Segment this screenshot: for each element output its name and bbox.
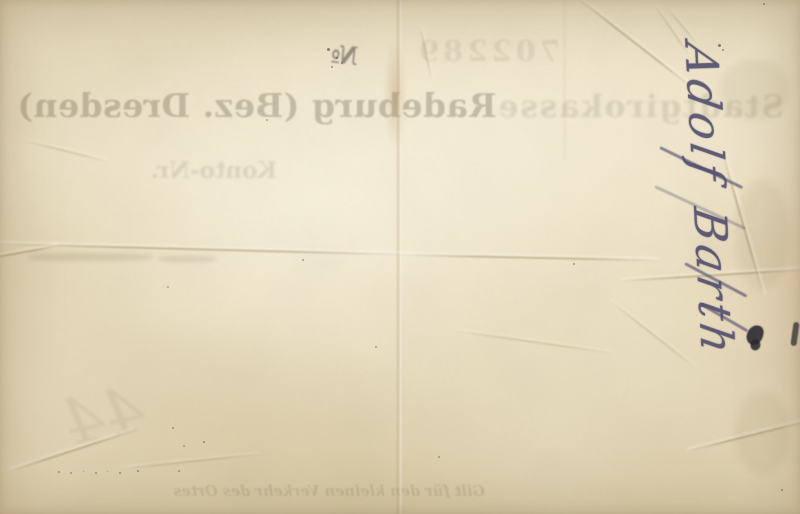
- crease-line: [455, 330, 614, 354]
- ink-speck: [70, 472, 72, 474]
- ink-speck: [438, 456, 440, 458]
- bleed-title-lead: Stadtgirokasse: [497, 89, 784, 125]
- ink-speck: [573, 263, 575, 265]
- ink-speck: [178, 470, 180, 472]
- ink-speck: [167, 286, 169, 288]
- ink-mark-edge: [790, 322, 799, 347]
- fold-stain: [384, 35, 406, 150]
- signature-word-2: Barth: [683, 204, 744, 361]
- notgeld-reverse-paper: 702289 № Stadtgirokasse Radeburg (Bez. D…: [0, 0, 800, 514]
- crease-vertical-faint: [563, 0, 566, 160]
- ink-speck: [183, 445, 185, 447]
- ink-speck: [336, 57, 338, 59]
- signature-word-1: Adolf: [675, 39, 736, 187]
- smudge-line: [158, 256, 216, 262]
- ink-speck: [341, 62, 343, 64]
- ink-speck: [302, 259, 304, 261]
- ink-speck: [331, 66, 333, 68]
- bleed-handwriting-ghost: 44: [9, 373, 158, 503]
- ink-speck: [763, 3, 765, 5]
- ink-speck: [203, 441, 205, 443]
- bleed-subtitle: Konto-Nr.: [112, 157, 277, 197]
- ink-speck: [83, 471, 84, 472]
- ink-speck: [119, 472, 121, 474]
- crease-line: [400, 254, 660, 261]
- serial-prefix-mark: №: [314, 38, 359, 74]
- crease-line: [667, 8, 697, 44]
- ink-speck: [718, 44, 721, 47]
- ink-speck: [95, 472, 97, 474]
- ink-speck: [137, 470, 139, 472]
- ink-speck: [172, 427, 174, 429]
- smudge-line: [28, 253, 153, 261]
- bleed-footer: Gilt für den kleinen Verkehr des Ortes: [183, 483, 475, 505]
- ink-speck: [781, 489, 783, 491]
- ink-speck: [266, 119, 268, 121]
- bleed-serial-number: 702289: [425, 34, 560, 72]
- ink-speck: [58, 471, 60, 473]
- bleed-title-main: Radeburg (Bez. Dresden): [17, 86, 497, 125]
- ink-speck: [327, 48, 330, 51]
- ink-speck: [375, 346, 377, 348]
- ink-speck: [722, 49, 724, 51]
- ink-speck: [107, 471, 108, 472]
